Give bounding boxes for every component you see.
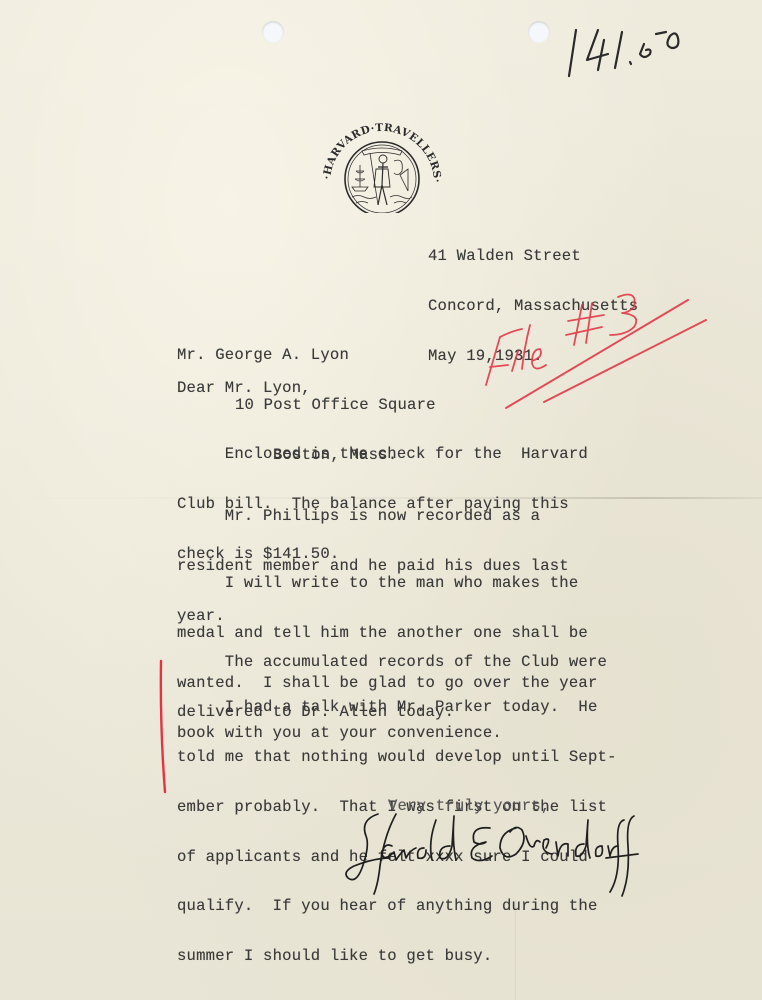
text-line: Mr. Phillips is now recorded as a [177, 508, 569, 525]
text-line: told me that nothing would develop until… [177, 749, 617, 766]
salutation: Dear Mr. Lyon, [177, 380, 311, 397]
red-margin-marker-line [156, 658, 170, 798]
punch-hole-left [262, 21, 284, 43]
text-line: Enclosed is the check for the Harvard [177, 446, 588, 463]
sender-street: 41 Walden Street [428, 248, 638, 265]
handwritten-signature [340, 806, 640, 901]
recipient-name: Mr. George A. Lyon [177, 347, 436, 364]
text-line: summer I should like to get busy. [177, 948, 617, 965]
harvard-travellers-club-seal-logo: ·HARVARD·TRAVELLERS·CLUB· [312, 113, 452, 213]
red-file-number-annotation [478, 265, 708, 415]
handwritten-amount-annotation [560, 18, 690, 83]
text-line: I will write to the man who makes the [177, 575, 598, 592]
punch-hole-right [528, 21, 550, 43]
letter-page: ·HARVARD·TRAVELLERS·CLUB· 41 Walden Stre… [0, 0, 762, 1000]
recipient-street: 10 Post Office Square [177, 397, 436, 414]
text-line: I had a talk with Mr. Parker today. He [177, 699, 617, 716]
